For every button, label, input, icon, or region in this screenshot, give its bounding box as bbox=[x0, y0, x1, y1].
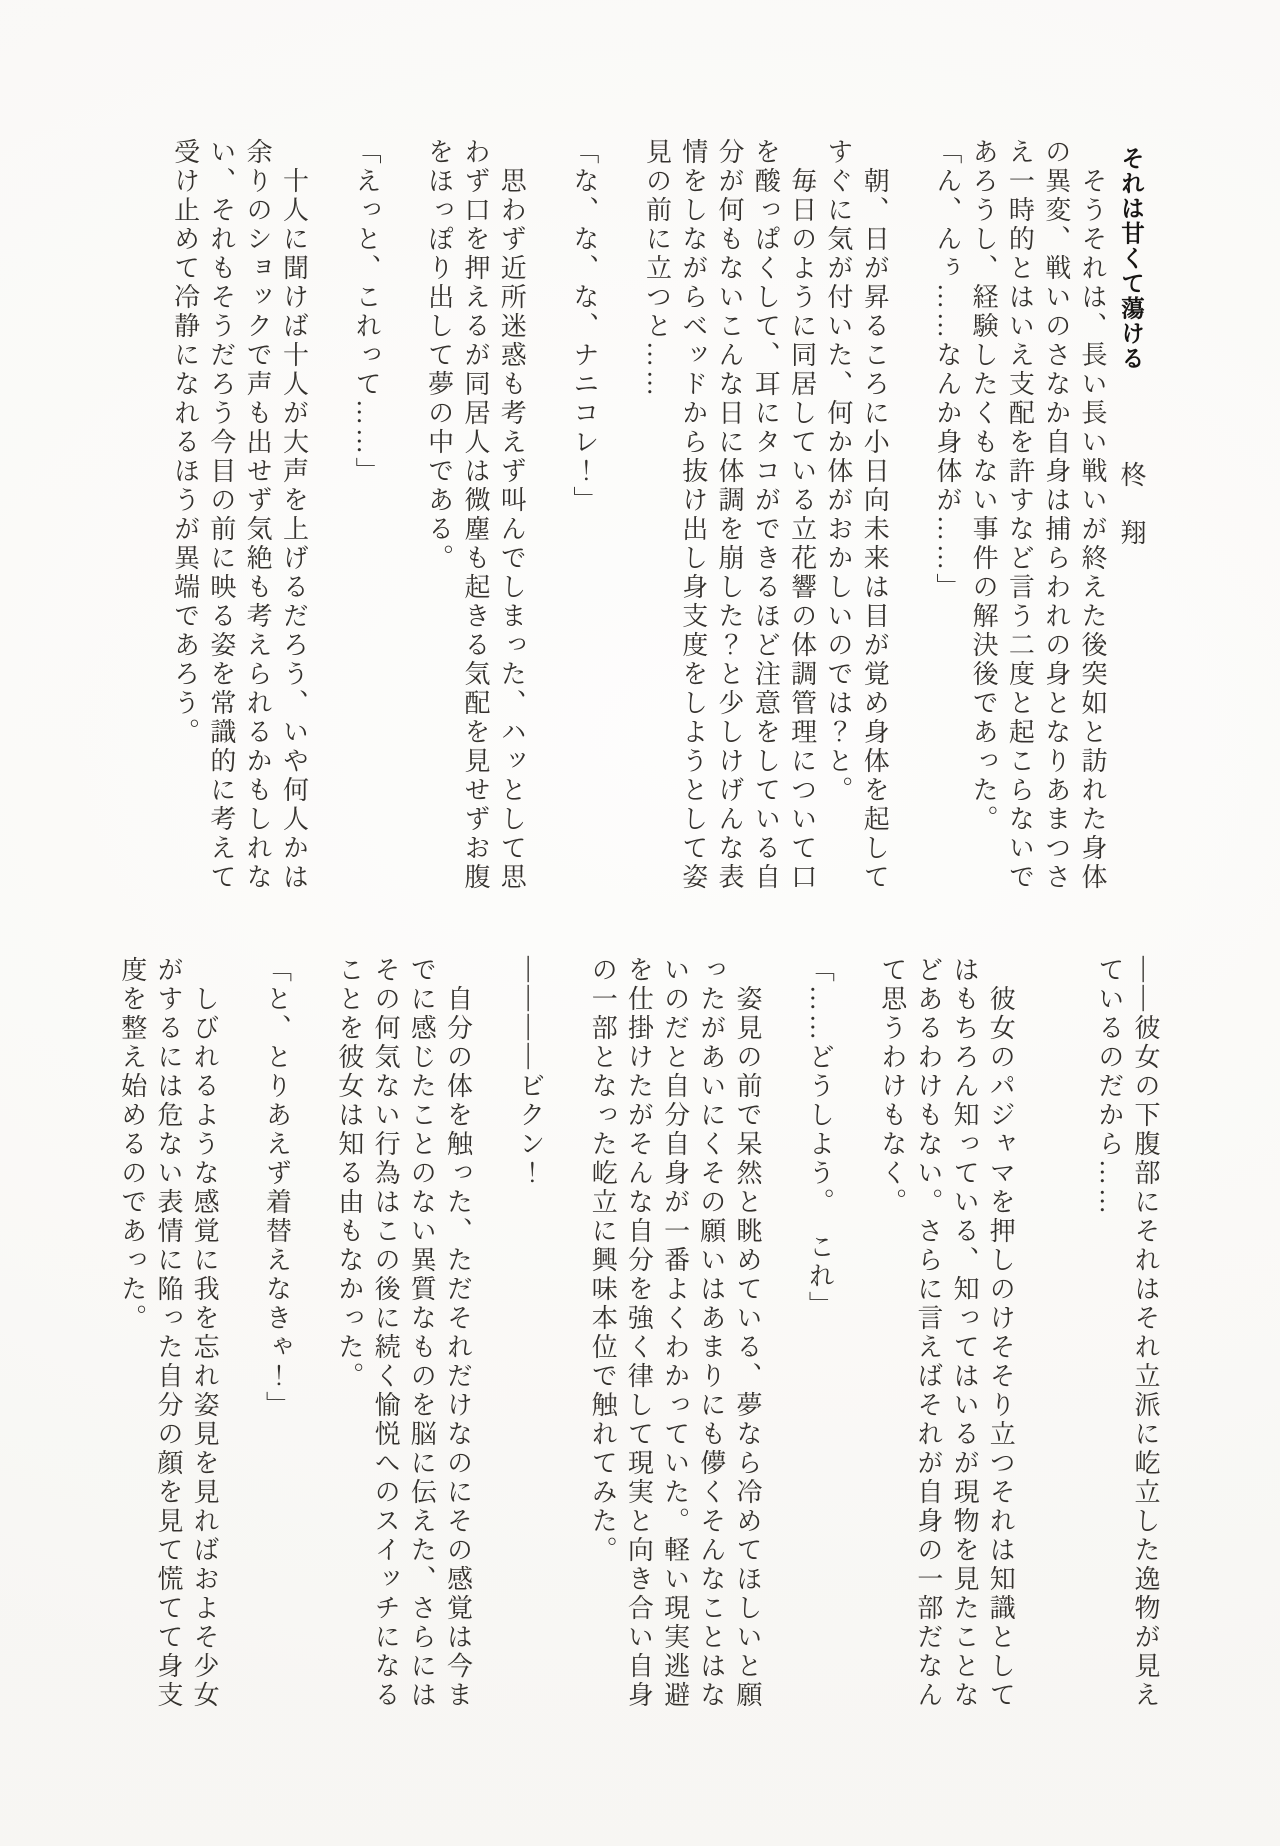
text-line: 度を整え始めるのであった。 bbox=[114, 956, 150, 1746]
text-line: ――――ビクン！ bbox=[512, 956, 548, 1746]
text-line: て思うわけもなく。 bbox=[874, 956, 910, 1746]
text-line: の一部となった屹立に興味本位で触れてみた。 bbox=[584, 956, 620, 1746]
text-line: でに感じたことのない異質なものを脳に伝えた、さらには bbox=[403, 956, 439, 1746]
author-name: 柊 翔 bbox=[1117, 461, 1146, 548]
text-line: わず口を押えるが同居人は微塵も起きる気配を見せずお腹 bbox=[457, 138, 493, 928]
text-line: 見の前に立つと…… bbox=[638, 138, 674, 928]
title-column: それは甘くて蕩ける 柊 翔 bbox=[1110, 138, 1152, 928]
text-line: 「な、な、な、ナニコレ！」 bbox=[566, 138, 602, 928]
story-title: それは甘くて蕩ける bbox=[1118, 146, 1144, 371]
blank-column bbox=[765, 956, 801, 1746]
blank-column bbox=[1018, 956, 1054, 1746]
text-line: 「えっと、これって……」 bbox=[348, 138, 384, 928]
text-line: どあるわけもない。さらに言えばそれが自身の一部だなん bbox=[910, 956, 946, 1746]
text-line: 受け止めて冷静になれるほうが異端であろう。 bbox=[166, 138, 202, 928]
text-line: を酸っぱくして、耳にタコができるほど注意をしている自 bbox=[747, 138, 783, 928]
text-line: 自分の体を触った、ただそれだけなのにその感覚は今ま bbox=[439, 956, 475, 1746]
blank-column bbox=[837, 956, 873, 1746]
text-line: あろうし、経験したくもない事件の解決後であった。 bbox=[965, 138, 1001, 928]
text-line: 「と、とりあえず着替えなきゃ！」 bbox=[258, 956, 294, 1746]
text-line: いのだと自分自身が一番よくわかっていた。軽い現実逃避 bbox=[656, 956, 692, 1746]
text-line: 分が何もないこんな日に体調を崩した？と少しけげんな表 bbox=[711, 138, 747, 928]
blank-column bbox=[311, 138, 347, 928]
blank-column bbox=[529, 138, 565, 928]
scanned-novel-page: それは甘くて蕩ける 柊 翔 そうそれは、長い長い戦いが終えた後突如と訪れた身体の… bbox=[0, 0, 1280, 1846]
text-line: がするには危ない表情に陥った自分の顔を見て慌てて身支 bbox=[150, 956, 186, 1746]
text-line: ――彼女の下腹部にそれはそれ立派に屹立した逸物が見え bbox=[1127, 956, 1163, 1746]
text-line: その何気ない行為はこの後に続く愉悦へのスイッチになる bbox=[367, 956, 403, 1746]
blank-column bbox=[384, 138, 420, 928]
blank-column bbox=[892, 138, 928, 928]
text-line: ているのだから…… bbox=[1091, 956, 1127, 1746]
top-text-block: それは甘くて蕩ける 柊 翔 そうそれは、長い長い戦いが終えた後突如と訪れた身体の… bbox=[166, 138, 1152, 928]
text-line: をほっぽり出して夢の中である。 bbox=[420, 138, 456, 928]
text-line: ことを彼女は知る由もなかった。 bbox=[331, 956, 367, 1746]
blank-column bbox=[222, 956, 258, 1746]
blank-column bbox=[602, 138, 638, 928]
text-line: ったがあいにくその願いはあまりにも儚くそんなことはな bbox=[693, 956, 729, 1746]
text-line: はもちろん知っている、知ってはいるが現物を見たことな bbox=[946, 956, 982, 1746]
text-line: を仕掛けたがそんな自分を強く律して現実と向き合い自身 bbox=[620, 956, 656, 1746]
text-line: そうそれは、長い長い戦いが終えた後突如と訪れた身体 bbox=[1074, 138, 1110, 928]
text-line: 姿見の前で呆然と眺めている、夢なら冷めてほしいと願 bbox=[729, 956, 765, 1746]
text-line: 十人に聞けば十人が大声を上げるだろう、いや何人かは bbox=[275, 138, 311, 928]
text-line: 余りのショックで声も出せず気絶も考えられるかもしれな bbox=[239, 138, 275, 928]
text-line: 思わず近所迷惑も考えず叫んでしまった、ハッとして思 bbox=[493, 138, 529, 928]
blank-column bbox=[475, 956, 511, 1746]
bottom-text-block: ――彼女の下腹部にそれはそれ立派に屹立した逸物が見えているのだから……彼女のパジ… bbox=[114, 956, 1163, 1746]
text-line: い、それもそうだろう今目の前に映る姿を常識的に考えて bbox=[203, 138, 239, 928]
text-line: 彼女のパジャマを押しのけそそり立つそれは知識として bbox=[982, 956, 1018, 1746]
text-line: 毎日のように同居している立花響の体調管理について口 bbox=[783, 138, 819, 928]
text-line: の異変、戦いのさなか自身は捕らわれの身となりあまつさ bbox=[1037, 138, 1073, 928]
text-line: 朝、日が昇るころに小日向未来は目が覚め身体を起して bbox=[856, 138, 892, 928]
blank-column bbox=[548, 956, 584, 1746]
blank-column bbox=[295, 956, 331, 1746]
text-line: 「ん、んぅ……なんか身体が……」 bbox=[929, 138, 965, 928]
text-line: すぐに気が付いた、何か体がおかしいのでは？と。 bbox=[820, 138, 856, 928]
text-line: 情をしながらベッドから抜け出し身支度をしようとして姿 bbox=[674, 138, 710, 928]
text-line: え一時的とはいえ支配を許すなど言う二度と起こらないで bbox=[1001, 138, 1037, 928]
blank-column bbox=[1054, 956, 1090, 1746]
text-line: 「……どうしよう。 これ」 bbox=[801, 956, 837, 1746]
text-line: しびれるような感覚に我を忘れ姿見を見ればおよそ少女 bbox=[186, 956, 222, 1746]
